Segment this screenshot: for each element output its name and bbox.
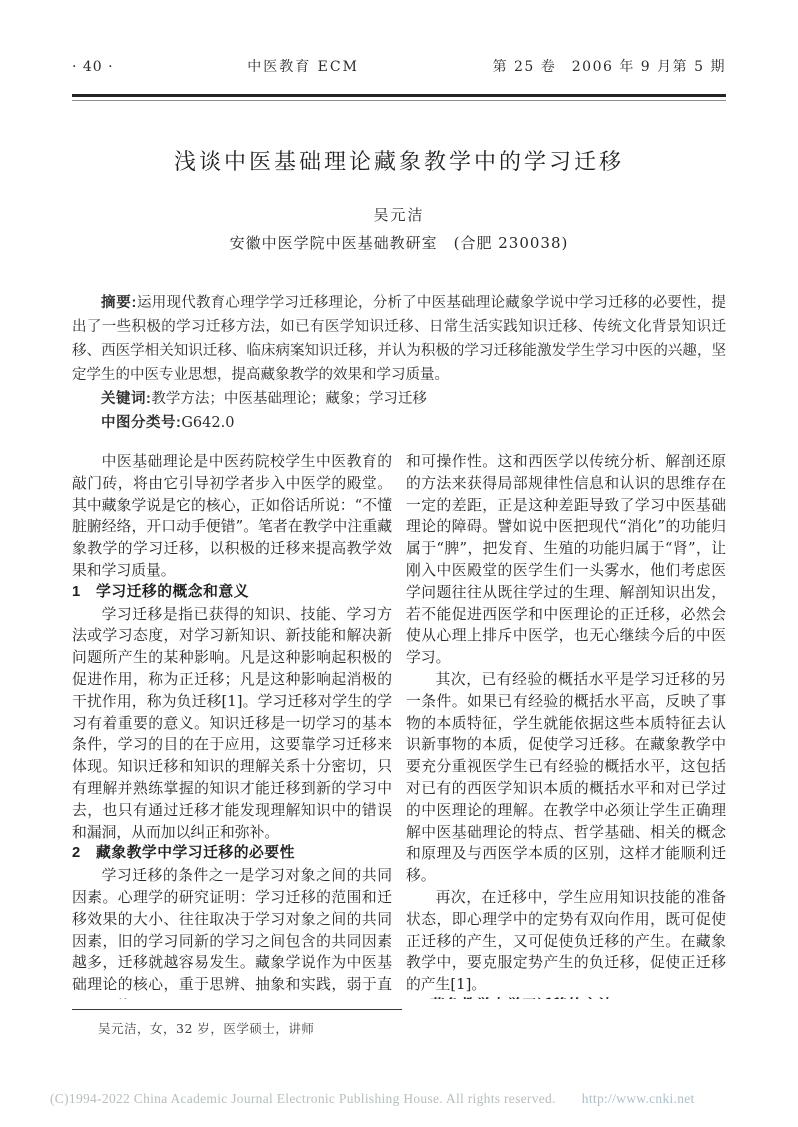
body-paragraph: 再次，在迁移中，学生应用知识技能的准备状态，即心理学中的定势有双向作用，既可促使…	[406, 887, 726, 996]
abstract-paragraph: 摘要:运用现代教育心理学学习迁移理论，分析了中医基础理论藏象学说中学习迁移的必要…	[72, 291, 726, 387]
affiliation: 安徽中医学院中医基础教研室 (合肥 230038)	[72, 232, 726, 253]
keywords-label: 关键词:	[101, 391, 151, 407]
keywords-text: 教学方法；中医基础理论；藏象；学习迁移	[151, 391, 427, 407]
footnote-text: 吴元洁，女，32 岁，医学硕士，讲师	[72, 1019, 726, 1037]
journal-page: · 40 · 中医教育 ECM 第 25 卷 2006 年 9 月第 5 期 浅…	[0, 0, 798, 1127]
header-rule	[72, 94, 726, 101]
footer-url: http://www.cnki.net	[582, 1091, 695, 1106]
keywords-line: 关键词:教学方法；中医基础理论；藏象；学习迁移	[72, 387, 726, 411]
clc-line: 中图分类号:G642.0	[72, 411, 726, 435]
issue-info: 第 25 卷 2006 年 9 月第 5 期	[493, 56, 726, 76]
footnote-rule	[72, 1009, 402, 1010]
abstract-label: 摘要:	[101, 295, 137, 311]
body-paragraph: 中医基础理论是中医药院校学生中医教育的敲门砖，将由它引导初学者步入中医学的殿堂。…	[72, 451, 392, 582]
article-body: 中医基础理论是中医药院校学生中医教育的敲门砖，将由它引导初学者步入中医学的殿堂。…	[72, 451, 726, 999]
abstract-block: 摘要:运用现代教育心理学学习迁移理论，分析了中医基础理论藏象学说中学习迁移的必要…	[72, 291, 726, 435]
journal-name: 中医教育 ECM	[247, 56, 359, 76]
author-name: 吴元洁	[72, 204, 726, 225]
page-number: · 40 ·	[72, 59, 114, 75]
clc-value: G642.0	[181, 415, 234, 431]
body-paragraph: 学习迁移是指已获得的知识、技能、学习方法或学习态度，对学习新知识、新技能和解决新…	[72, 604, 392, 844]
body-right-column: 和可操作性。这和西医学以传统分析、解剖还原的方法来获得局部规律性信息和认识的思维…	[406, 451, 726, 999]
article-title: 浅谈中医基础理论藏象教学中的学习迁移	[72, 145, 726, 176]
body-paragraph: 和可操作性。这和西医学以传统分析、解剖还原的方法来获得局部规律性信息和认识的思维…	[406, 451, 726, 669]
body-paragraph: 其次，已有经验的概括水平是学习迁移的另一条件。如果已有经验的概括水平高，反映了事…	[406, 669, 726, 887]
section-heading: 3 藏象教学中学习迁移的方法	[406, 996, 726, 999]
section-heading: 2 藏象教学中学习迁移的必要性	[72, 843, 392, 865]
page-header: · 40 · 中医教育 ECM 第 25 卷 2006 年 9 月第 5 期	[72, 0, 726, 76]
footer-copyright: (C)1994-2022 China Academic Journal Elec…	[50, 1091, 556, 1106]
clc-label: 中图分类号:	[101, 415, 181, 431]
section-heading: 1 学习迁移的概念和意义	[72, 582, 392, 604]
body-paragraph: 学习迁移的条件之一是学习对象之间的共同因素。心理学的研究证明：学习迁移的范围和迁…	[72, 865, 392, 999]
body-left-column: 中医基础理论是中医药院校学生中医教育的敲门砖，将由它引导初学者步入中医学的殿堂。…	[72, 451, 392, 999]
abstract-text: 运用现代教育心理学学习迁移理论，分析了中医基础理论藏象学说中学习迁移的必要性，提…	[72, 295, 726, 383]
cnki-footer: (C)1994-2022 China Academic Journal Elec…	[50, 1091, 695, 1107]
